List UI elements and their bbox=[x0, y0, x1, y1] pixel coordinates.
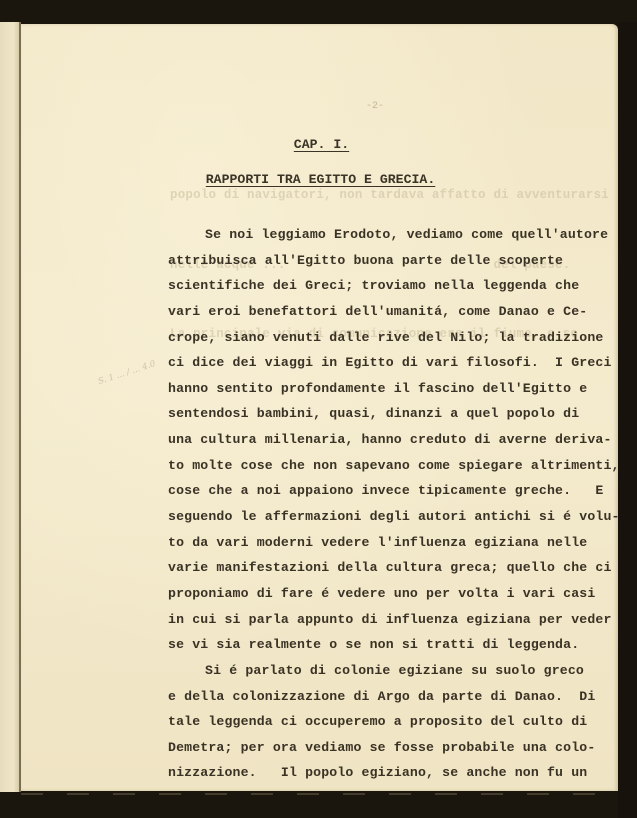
text-line: sentendosi bambini, quasi, dinanzi a que… bbox=[168, 401, 608, 427]
chapter-label: CAP. I. bbox=[3, 137, 637, 152]
text-line: Demetra; per ora vediamo se fosse probab… bbox=[168, 735, 608, 761]
body-text: Se noi leggiamo Erodoto, vediamo come qu… bbox=[168, 222, 608, 786]
bleed-line: popolo di navigatori, non tardava affatt… bbox=[170, 184, 590, 210]
text-line: cose che a noi appaiono invece tipicamen… bbox=[168, 478, 608, 504]
text-line: tale leggenda ci occuperemo a proposito … bbox=[168, 709, 608, 735]
text-line: Si é parlato di colonie egiziane su suol… bbox=[168, 658, 608, 684]
text-line: se vi sia realmente o se non si tratti d… bbox=[168, 632, 608, 658]
text-line: varie manifestazioni della cultura greca… bbox=[168, 555, 608, 581]
text-line: nizzazione. Il popolo egiziano, se anche… bbox=[168, 760, 608, 786]
text-line: to molte cose che non sapevano come spie… bbox=[168, 453, 608, 479]
chapter-label-text: CAP. I. bbox=[294, 137, 349, 152]
text-line: una cultura millenaria, hanno creduto di… bbox=[168, 427, 608, 453]
text-line: proponiamo di fare é vedere uno per volt… bbox=[168, 581, 608, 607]
text-line: Se noi leggiamo Erodoto, vediamo come qu… bbox=[168, 222, 608, 248]
page-bottom-edge bbox=[21, 793, 618, 795]
text-line: ci dice dei viaggi in Egitto di vari fil… bbox=[168, 350, 608, 376]
text-line: hanno sentito profondamente il fascino d… bbox=[168, 376, 608, 402]
text-line: crope, siano venuti dalle rive del Nilo;… bbox=[168, 325, 608, 351]
text-line: in cui si parla appunto di influenza egi… bbox=[168, 607, 608, 633]
text-line: e della colonizzazione di Argo da parte … bbox=[168, 684, 608, 710]
text-line: seguendo le affermazioni degli autori an… bbox=[168, 504, 608, 530]
chapter-title: RAPPORTI TRA EGITTO E GRECIA. bbox=[2, 172, 637, 187]
text-line: scientifiche dei Greci; troviamo nella l… bbox=[168, 273, 608, 299]
page-number: -2- bbox=[366, 101, 384, 112]
text-line: to da vari moderni vedere l'influenza eg… bbox=[168, 530, 608, 556]
text-line: vari eroi benefattori dell'umanitá, come… bbox=[168, 299, 608, 325]
chapter-title-text: RAPPORTI TRA EGITTO E GRECIA. bbox=[206, 172, 436, 187]
text-line: attribuisca all'Egitto buona parte delle… bbox=[168, 248, 608, 274]
